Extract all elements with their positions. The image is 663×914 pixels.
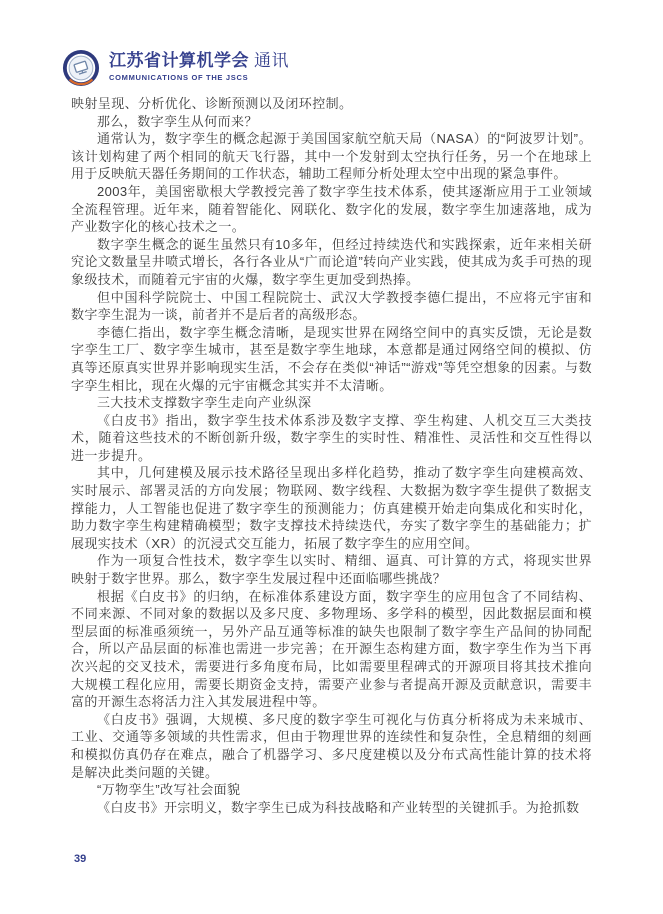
article-paragraph: 《白皮书》指出，数字孪生技术体系涉及数字支撑、孪生构建、人机交互三大类技术，随着… (71, 412, 592, 465)
article-paragraph: 《白皮书》强调，大规模、多尺度的数字孪生可视化与仿真分析将成为未来城市、工业、交… (71, 711, 592, 781)
article-body: 映射呈现、分析优化、诊断预测以及闭环控制。那么，数字孪生从何而来？通常认为，数字… (71, 95, 592, 816)
jscs-society-emblem-icon (62, 49, 100, 87)
article-paragraph: 映射呈现、分析优化、诊断预测以及闭环控制。 (71, 95, 592, 113)
org-name: 江苏省计算机学会 (109, 51, 249, 70)
page-header: 江苏省计算机学会通讯 COMMUNICATIONS OF THE JSCS (62, 49, 289, 87)
article-paragraph: 那么，数字孪生从何而来？ (71, 113, 592, 131)
article-paragraph: “万物孪生”改写社会面貌 (71, 781, 592, 799)
org-title: 江苏省计算机学会通讯 (109, 51, 289, 71)
masthead: 江苏省计算机学会通讯 COMMUNICATIONS OF THE JSCS (109, 49, 289, 82)
article-paragraph: 《白皮书》开宗明义，数字孪生已成为科技战略和产业转型的关键抓手。为抢抓数 (71, 799, 592, 817)
article-paragraph: 其中，几何建模及展示技术路径呈现出多样化趋势，推动了数字孪生向建模高效、实时展示… (71, 464, 592, 552)
article-paragraph: 三大技术支撑数字孪生走向产业纵深 (71, 394, 592, 412)
article-paragraph: 但中国科学院院士、中国工程院院士、武汉大学教授李德仁提出，不应将元宇宙和数字孪生… (71, 289, 592, 324)
page-number: 39 (74, 853, 86, 865)
bulletin-label: 通讯 (254, 51, 289, 70)
article-paragraph: 通常认为，数字孪生的概念起源于美国国家航空航天局（NASA）的“阿波罗计划”。该… (71, 130, 592, 183)
article-paragraph: 数字孪生概念的诞生虽然只有10多年，但经过持续迭代和实践探索，近年来相关研究论文… (71, 236, 592, 289)
org-subtitle: COMMUNICATIONS OF THE JSCS (109, 73, 289, 82)
article-paragraph: 作为一项复合性技术，数字孪生以实时、精细、逼真、可计算的方式，将现实世界映射于数… (71, 552, 592, 587)
newsletter-page: 江苏省计算机学会通讯 COMMUNICATIONS OF THE JSCS 映射… (0, 0, 663, 914)
article-paragraph: 李德仁指出，数字孪生概念清晰，是现实世界在网络空间中的真实反馈，无论是数字孪生工… (71, 324, 592, 394)
article-paragraph: 2003年，美国密歇根大学教授完善了数字孪生技术体系，使其逐渐应用于工业领域全流… (71, 183, 592, 236)
article-paragraph: 根据《白皮书》的归纳，在标准体系建设方面，数字孪生的应用包含了不同结构、不同来源… (71, 588, 592, 711)
